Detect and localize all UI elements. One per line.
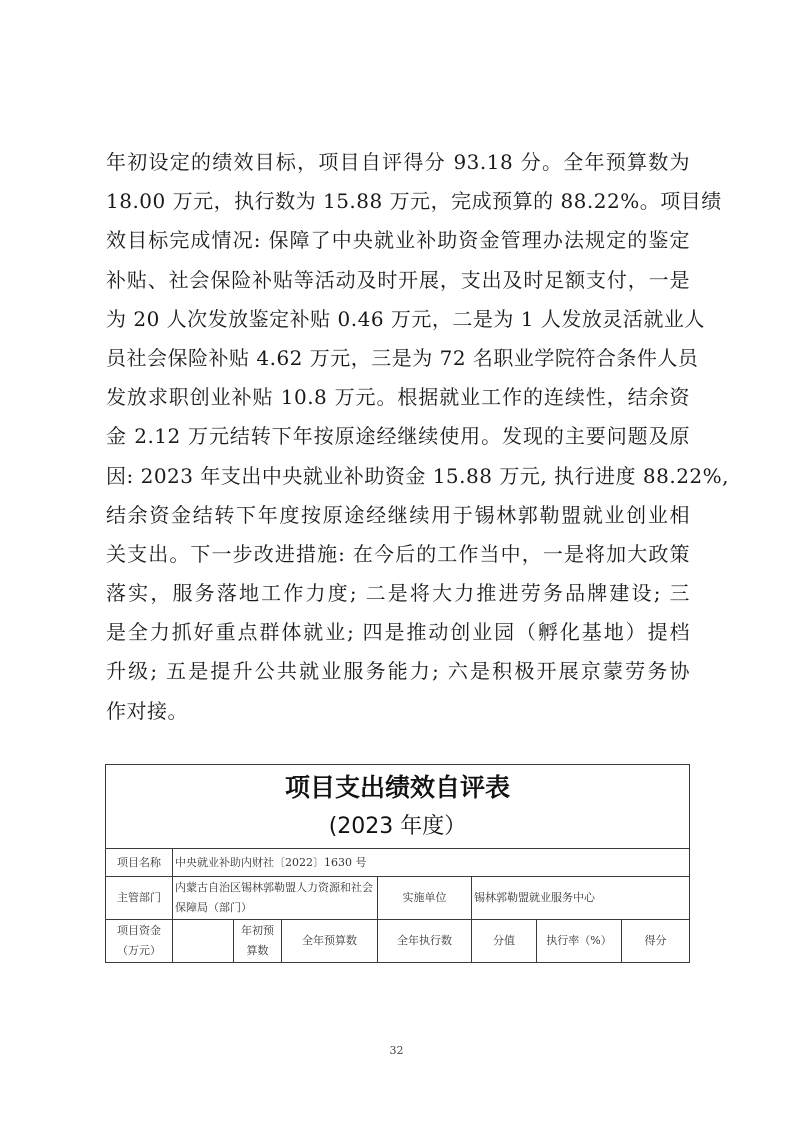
funds-header-initial-budget: 年初预算数 [234, 920, 282, 963]
funds-header-annual-execution: 全年执行数 [378, 920, 472, 963]
text-line: 18.00 万元，执行数为 15.88 万元，完成预算的 88.22%。项目绩 [106, 182, 690, 221]
text-line: 年初设定的绩效目标，项目自评得分 93.18 分。全年预算数为 [106, 143, 690, 182]
funds-header-annual-budget: 全年预算数 [282, 920, 378, 963]
dept-value: 内蒙古自治区锡林郭勒盟人力资源和社会保障局（部门） [173, 877, 378, 920]
text-line: 作对接。 [106, 692, 690, 731]
text-line: 是全力抓好重点群体就业; 四是推动创业园（孵化基地）提档 [106, 613, 690, 652]
impl-label: 实施单位 [378, 877, 472, 920]
body-paragraph: 年初设定的绩效目标，项目自评得分 93.18 分。全年预算数为 18.00 万元… [106, 143, 690, 731]
table-title: 项目支出绩效自评表 [108, 768, 687, 808]
text-line: 金 2.12 万元结转下年按原途经继续使用。发现的主要问题及原 [106, 417, 690, 456]
text-line: 因: 2023 年支出中央就业补助资金 15.88 万元, 执行进度 88.22… [106, 457, 690, 496]
table-subtitle: (2023 年度） [108, 808, 687, 846]
dept-label: 主管部门 [106, 877, 173, 920]
funds-label: 项目资金（万元） [106, 920, 173, 963]
text-line: 发放求职创业补贴 10.8 万元。根据就业工作的连续性，结余资 [106, 378, 690, 417]
table-row: 主管部门 内蒙古自治区锡林郭勒盟人力资源和社会保障局（部门） 实施单位 锡林郭勒… [106, 877, 690, 920]
funds-header-blank [173, 920, 234, 963]
project-name-label: 项目名称 [106, 849, 173, 877]
text-line: 关支出。下一步改进措施: 在今后的工作当中，一是将加大政策 [106, 535, 690, 574]
text-line: 升级; 五是提升公共就业服务能力; 六是积极开展京蒙劳务协 [106, 652, 690, 691]
funds-header-score-value: 分值 [472, 920, 537, 963]
page-number: 32 [0, 1044, 793, 1057]
text-line: 为 20 人次发放鉴定补贴 0.46 万元，二是为 1 人发放灵活就业人 [106, 300, 690, 339]
table-title-cell: 项目支出绩效自评表 (2023 年度） [106, 765, 690, 849]
impl-value: 锡林郭勒盟就业服务中心 [472, 877, 690, 920]
table-row: 项目资金（万元） 年初预算数 全年预算数 全年执行数 分值 执行率（%） 得分 [106, 920, 690, 963]
performance-evaluation-table: 项目支出绩效自评表 (2023 年度） 项目名称 中央就业补助内财社〔2022〕… [105, 764, 690, 963]
funds-header-score: 得分 [622, 920, 690, 963]
text-line: 员社会保险补贴 4.62 万元，三是为 72 名职业学院符合条件人员 [106, 339, 690, 378]
text-line: 效目标完成情况: 保障了中央就业补助资金管理办法规定的鉴定 [106, 221, 690, 260]
funds-header-execution-rate: 执行率（%） [537, 920, 622, 963]
project-name-value: 中央就业补助内财社〔2022〕1630 号 [173, 849, 690, 877]
text-line: 结余资金结转下年度按原途经继续用于锡林郭勒盟就业创业相 [106, 496, 690, 535]
text-line: 补贴、社会保险补贴等活动及时开展，支出及时足额支付，一是 [106, 261, 690, 300]
text-line: 落实，服务落地工作力度; 二是将大力推进劳务品牌建设; 三 [106, 574, 690, 613]
table-row: 项目名称 中央就业补助内财社〔2022〕1630 号 [106, 849, 690, 877]
